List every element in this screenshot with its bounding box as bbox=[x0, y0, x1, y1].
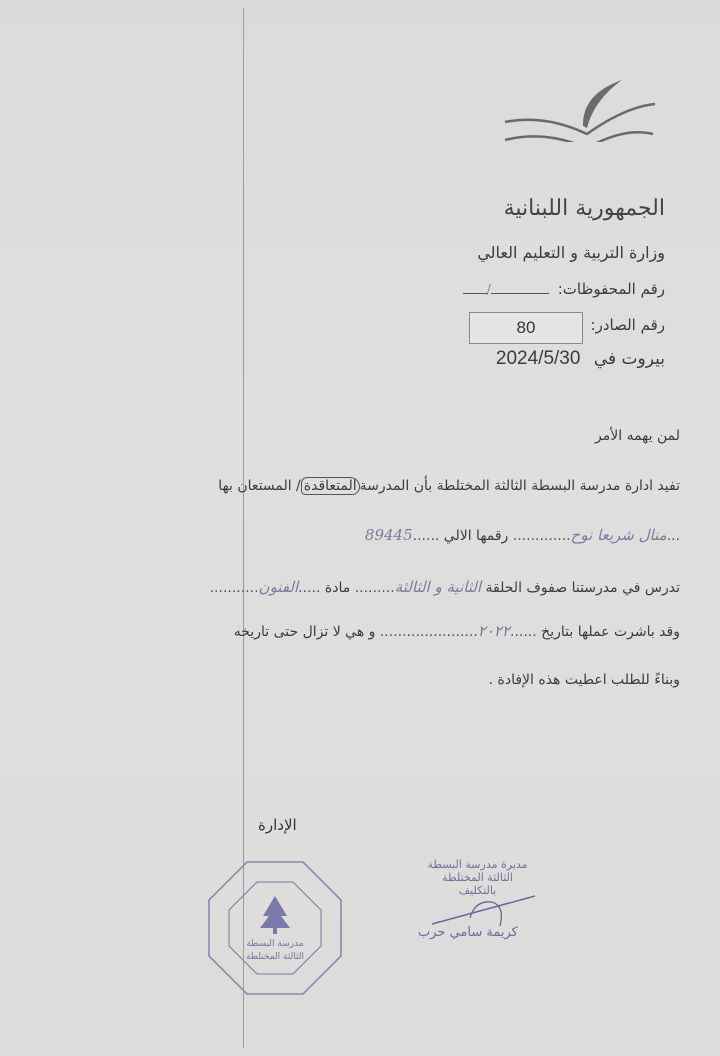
ministry-name: وزارة التربية و التعليم العالي bbox=[477, 243, 665, 262]
signature-scribble-icon bbox=[430, 888, 540, 928]
place-label: بيروت في bbox=[594, 349, 665, 369]
body-line-4: وقد باشرت عملها بتاريخ ......٢٠٢٢.......… bbox=[234, 622, 680, 640]
body-line-5: وبناءً للطلب اعطيت هذه الإفادة . bbox=[489, 672, 680, 688]
salutation: لمن يهمه الأمر bbox=[595, 428, 680, 444]
place-date-row: بيروت في 2024/5/30 bbox=[496, 348, 665, 370]
start-date-handwritten: ٢٠٢٢ bbox=[478, 622, 510, 640]
subject-handwritten: الفنون bbox=[259, 578, 299, 596]
issued-number-label: رقم الصادر: bbox=[591, 316, 665, 334]
body-line-1: تفيد ادارة مدرسة البسطة الثالثة المختلطة… bbox=[218, 478, 680, 494]
school-seal-stamp-icon: مدرسة البسطة الثالثة المختلطة bbox=[205, 858, 345, 998]
document-page: الجمهورية اللبنانية وزارة التربية و التع… bbox=[0, 0, 720, 1056]
signatory-name: كريمة سامي حرب bbox=[418, 925, 518, 940]
open-book-logo-icon bbox=[490, 62, 660, 142]
country-title: الجمهورية اللبنانية bbox=[504, 196, 665, 221]
subject-label: مادة bbox=[325, 580, 350, 596]
body-line-2: ...منال شريعا نوح............. رقمها الا… bbox=[365, 526, 680, 544]
teacher-name-handwritten: منال شريعا نوح bbox=[571, 526, 667, 544]
cycle-handwritten: الثانية و الثالثة bbox=[395, 578, 481, 596]
administration-label: الإدارة bbox=[258, 816, 297, 834]
teacher-id-handwritten: 89445 bbox=[365, 526, 413, 544]
svg-text:مدرسة البسطة: مدرسة البسطة bbox=[246, 939, 303, 949]
body-line-3: تدرس في مدرستنا صفوف الحلقة الثانية و ال… bbox=[210, 578, 680, 596]
issue-date: 2024/5/30 bbox=[496, 348, 581, 369]
archive-number-label: رقم المحفوظات: bbox=[558, 280, 665, 298]
circled-status-word: المتعاقدة bbox=[301, 477, 360, 495]
svg-text:الثالثة المختلطة: الثالثة المختلطة bbox=[246, 952, 304, 962]
id-label: رقمها الالي bbox=[444, 528, 509, 544]
issued-number-box: 80 bbox=[469, 312, 583, 344]
archive-number-row: رقم المحفوظات: / bbox=[463, 280, 665, 298]
archive-number-field: / bbox=[463, 283, 549, 298]
